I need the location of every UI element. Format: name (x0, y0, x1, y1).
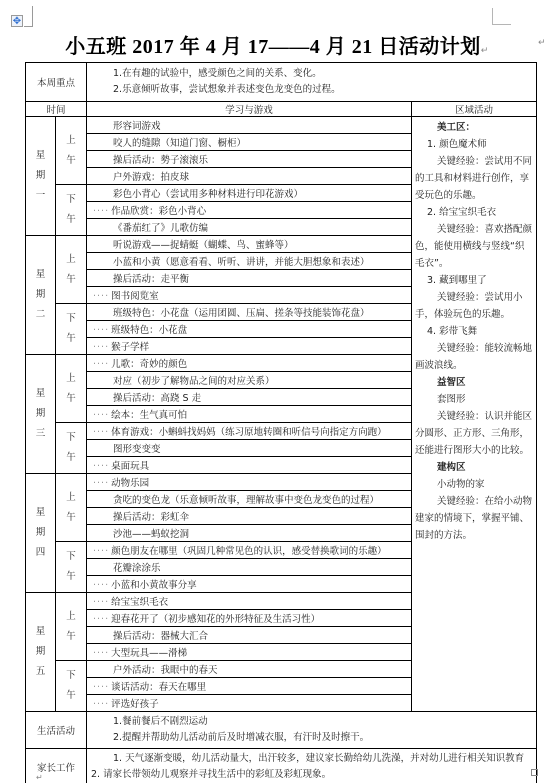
area-art-title: 美工区： (415, 119, 533, 136)
day-label-tuesday: 星期二 (26, 236, 56, 355)
activity-item: 操后活动：高跷 S 走 (87, 389, 412, 406)
paragraph-mark: ↵ (538, 38, 546, 48)
pm-label: 下午 (56, 304, 87, 355)
activity-item: 动物乐园 (87, 474, 412, 491)
area-build-exp: 关键经验：在给小动物建家的情境下，掌握平铺、围封的方法。 (415, 493, 533, 544)
activity-item: 户外游戏：拍皮球 (87, 168, 412, 185)
area-puzzle-exp: 关键经验：认识并能区分圆形、正方形、三角形，还能进行图形大小的比较。 (415, 408, 533, 459)
activity-item: 户外活动：我眼中的春天 (87, 661, 412, 678)
activity-item: 对应（初步了解物品之间的对应关系） (87, 372, 412, 389)
area-art-exp: 关键经验：尝试用不同的工具和材料进行创作，享受玩色的乐趣。 (415, 153, 533, 204)
pm-label: 下午 (56, 542, 87, 593)
activity-item: 花瓣涂涂乐 (87, 559, 412, 576)
area-art-item: 4. 彩带飞舞 (415, 323, 533, 340)
activity-item: 图形变变变 (87, 440, 412, 457)
page-corner-mark (24, 6, 33, 27)
activity-item: 贪吃的变色龙（乐意倾听故事，理解故事中变色龙变色的过程） (87, 491, 412, 508)
activity-item: 绘本：生气真可怕 (87, 406, 412, 423)
activity-item: 猴子学样 (87, 338, 412, 355)
area-puzzle-item: 套图形 (415, 391, 533, 408)
header-area: 区域活动 (412, 102, 537, 117)
document-title: 小五班 2017 年 4 月 17——4 月 21 日活动计划↵ (0, 30, 554, 59)
area-puzzle-title: 益智区 (415, 374, 533, 391)
activity-item: 《番茄红了》儿歌仿编 (87, 219, 412, 236)
am-label: 上午 (56, 117, 87, 185)
activity-item: 班级特色：小花盘（运用团圆、压扁、搓条等技能装饰花盘） (87, 304, 412, 321)
area-activities: 美工区： 1. 颜色魔术师 关键经验：尝试用不同的工具和材料进行创作，享受玩色的… (412, 117, 537, 712)
parents-content: 1. 天气逐渐变暖，幼儿活动量大，出汗较多，建议家长勤给幼儿洗澡，并对幼儿进行相… (87, 749, 537, 783)
activity-item: 给宝宝织毛衣 (87, 593, 412, 610)
day-label-thursday: 星期四 (26, 474, 56, 593)
area-art-exp: 关键经验：喜欢搭配颜色，能使用横线与竖线“织毛衣”。 (415, 221, 533, 272)
activity-item: 操后活动：彩虹伞 (87, 508, 412, 525)
focus-label: 本周重点 (26, 63, 87, 102)
activity-item: 体育游戏：小蝌蚪找妈妈（练习原地转圈和听信号向指定方向跑） (87, 423, 412, 440)
focus-item: 1.在有趣的试验中，感受颜色之间的关系、变化。 (113, 66, 536, 82)
parents-label: 家长工作 (26, 749, 87, 783)
activity-item: 谈话活动：春天在哪里 (87, 678, 412, 695)
am-label: 上午 (56, 355, 87, 423)
paragraph-mark: ↵ (36, 773, 43, 782)
activity-item: 咬人的缝隙（知道门窗、橱柜） (87, 134, 412, 151)
am-label: 上午 (56, 474, 87, 542)
activity-item: 班级特色：小花盘 (87, 321, 412, 338)
activity-item: 操后活动：器械大汇合 (87, 627, 412, 644)
activity-item: 桌面玩具 (87, 457, 412, 474)
activity-item: 沙池——蚂蚁挖洞 (87, 525, 412, 542)
activity-item: 迎春花开了（初步感知花的外形特征及生活习性） (87, 610, 412, 627)
am-label: 上午 (56, 236, 87, 304)
focus-item: 2.乐意倾听故事，尝试想象并表述变色龙变色的过程。 (113, 82, 536, 98)
activity-item: 图书阅览室 (87, 287, 412, 304)
day-label-wednesday: 星期三 (26, 355, 56, 474)
page-corner-mark (492, 8, 511, 25)
am-label: 上午 (56, 593, 87, 661)
area-art-exp: 关键经验：尝试用小手，体验玩色的乐趣。 (415, 289, 533, 323)
life-content: 1.餐前餐后不剧烈运动 2.提醒并帮助幼儿活动前后及时增减衣服，有汗时及时擦干。 (87, 712, 537, 749)
activity-item: 大型玩具——滑梯 (87, 644, 412, 661)
pm-label: 下午 (56, 185, 87, 236)
life-label: 生活活动 (26, 712, 87, 749)
activity-item: 评选好孩子 (87, 695, 412, 712)
life-item: 2.提醒并帮助幼儿活动前后及时增减衣服，有汗时及时擦干。 (113, 730, 536, 746)
activity-item: 彩色小背心（尝试用多种材料进行印花游戏） (87, 185, 412, 202)
day-label-friday: 星期五 (26, 593, 56, 712)
activity-item: 小蓝和小黄（愿意看看、听听、讲讲，并能大胆想象和表述） (87, 253, 412, 270)
activity-item: 形容词游戏 (87, 117, 412, 134)
activity-item: 小蓝和小黄故事分享 (87, 576, 412, 593)
day-label-monday: 星期一 (26, 117, 56, 236)
header-time: 时间 (26, 102, 87, 117)
area-art-item: 3. 藏到哪里了 (415, 272, 533, 289)
activity-item: 听说游戏——捉蜻蜓（蝴蝶、鸟、蜜蜂等） (87, 236, 412, 253)
area-build-title: 建构区 (415, 459, 533, 476)
activity-item: 儿歌：奇妙的颜色 (87, 355, 412, 372)
table-move-handle-icon[interactable]: ✥ (11, 15, 23, 27)
header-learning: 学习与游戏 (87, 102, 412, 117)
activity-item: 作品欣赏：彩色小背心 (87, 202, 412, 219)
area-art-exp: 关键经验：能较流畅地画波浪线。 (415, 340, 533, 374)
focus-content: 1.在有趣的试验中，感受颜色之间的关系、变化。 2.乐意倾听故事，尝试想象并表述… (87, 63, 537, 102)
parents-text: 1. 天气逐渐变暖，幼儿活动量大，出汗较多，建议家长勤给幼儿洗澡，并对幼儿进行相… (91, 751, 532, 783)
activity-item: 操后活动：走平衡 (87, 270, 412, 287)
life-item: 1.餐前餐后不剧烈运动 (113, 714, 536, 730)
activity-item: 颜色朋友在哪里（巩固几种常见色的认识，感受替换歌词的乐趣） (87, 542, 412, 559)
activity-plan-table: 本周重点 1.在有趣的试验中，感受颜色之间的关系、变化。 2.乐意倾听故事，尝试… (25, 62, 537, 783)
table-resize-handle[interactable] (531, 769, 538, 776)
pm-label: 下午 (56, 423, 87, 474)
area-art-item: 1. 颜色魔术师 (415, 136, 533, 153)
pm-label: 下午 (56, 661, 87, 712)
area-build-item: 小动物的家 (415, 476, 533, 493)
activity-item: 操后活动：勢子滚滚乐 (87, 151, 412, 168)
area-art-item: 2. 给宝宝织毛衣 (415, 204, 533, 221)
